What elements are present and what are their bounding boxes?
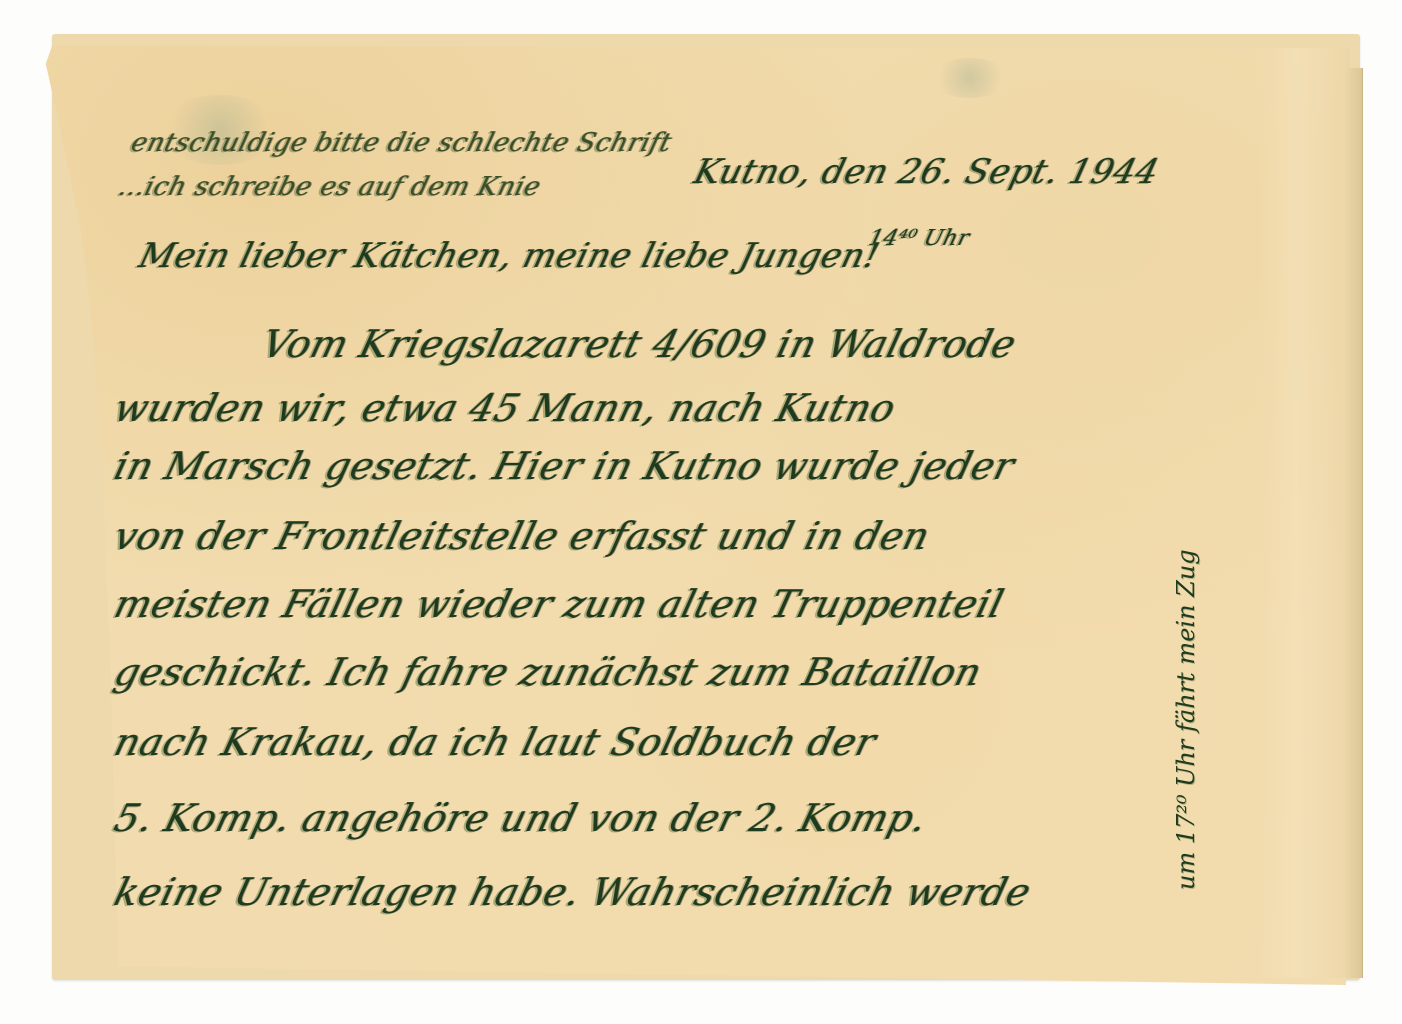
top-note-line-2: …ich schreibe es auf dem Knie: [115, 172, 544, 202]
body-line-5: meisten Fällen wieder zum alten Truppent…: [110, 582, 1008, 626]
dateline: Kutno, den 26. Sept. 1944: [690, 152, 1163, 192]
salutation: Mein lieber Kätchen, meine liebe Jungen!: [135, 236, 884, 276]
body-line-9: keine Unterlagen habe. Wahrscheinlich we…: [110, 870, 1035, 914]
body-line-6: geschickt. Ich fahre zunächst zum Batail…: [110, 650, 986, 694]
ink-stain: [930, 58, 1010, 98]
body-line-1: Vom Kriegslazarett 4/609 in Waldrode: [258, 322, 1021, 366]
body-line-3: in Marsch gesetzt. Hier in Kutno wurde j…: [110, 444, 1019, 488]
fold-shadow: [1260, 48, 1350, 978]
margin-note: um 17²⁰ Uhr fährt mein Zug: [1172, 549, 1200, 890]
top-note-line-1: entschuldige bitte die schlechte Schrift: [128, 128, 675, 158]
body-line-8: 5. Komp. angehöre und von der 2. Komp.: [110, 796, 931, 840]
body-line-7: nach Krakau, da ich laut Soldbuch der: [110, 720, 881, 764]
body-line-4: von der Frontleitstelle erfasst und in d…: [110, 514, 934, 558]
body-line-2: wurden wir, etwa 45 Mann, nach Kutno: [110, 386, 900, 430]
